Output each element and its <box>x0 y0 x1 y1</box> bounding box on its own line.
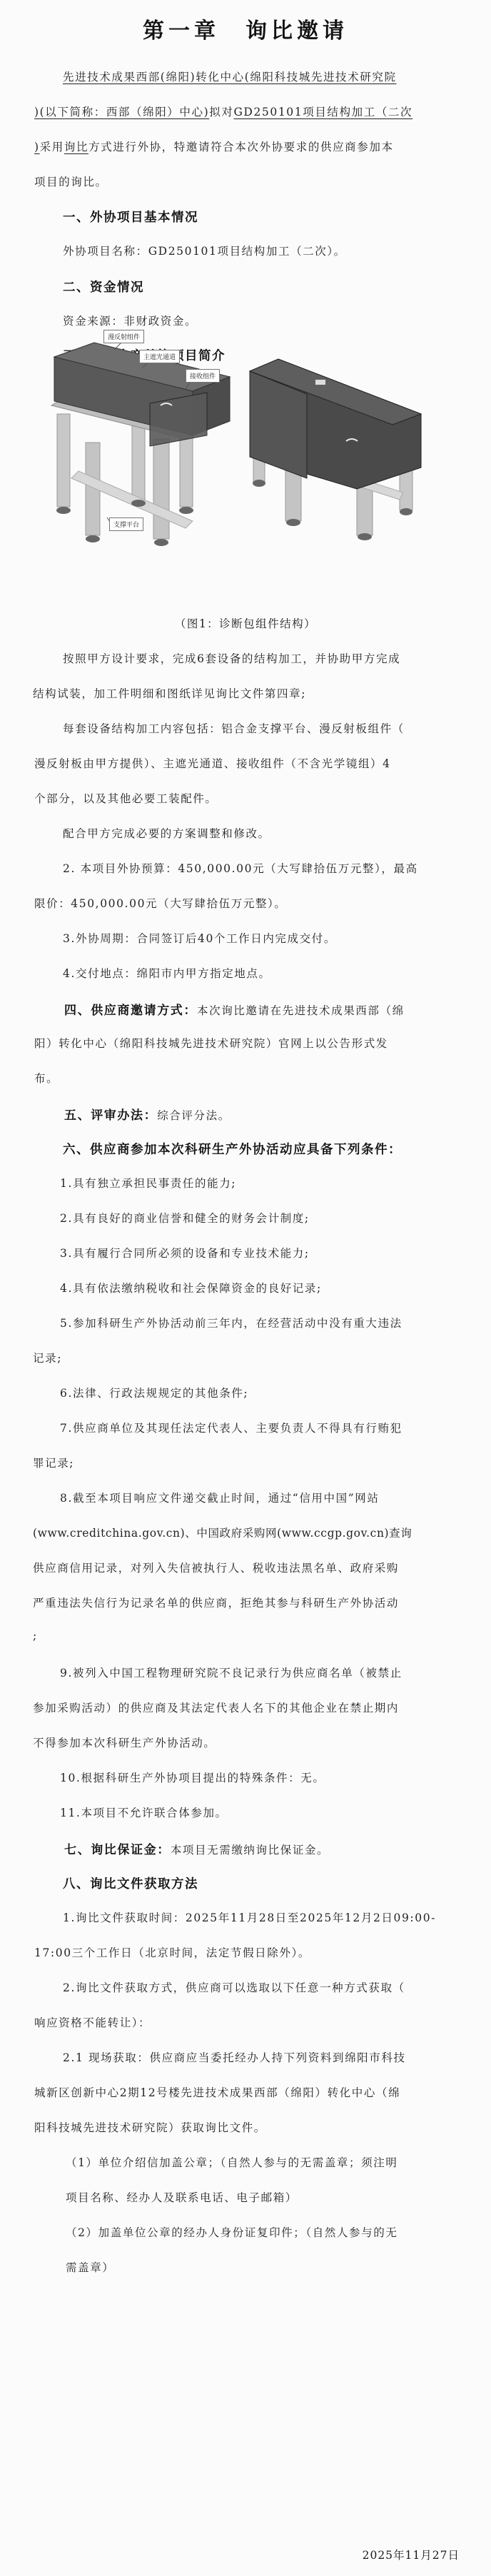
document-page: 第一章 询比邀请 先进技术成果西部(绵阳)转化中心(绵阳科技城先进技术研究院 )… <box>0 0 491 2576</box>
lower-content <box>0 0 491 2576</box>
issue-date: 2025年11月27日 <box>363 2547 460 2562</box>
